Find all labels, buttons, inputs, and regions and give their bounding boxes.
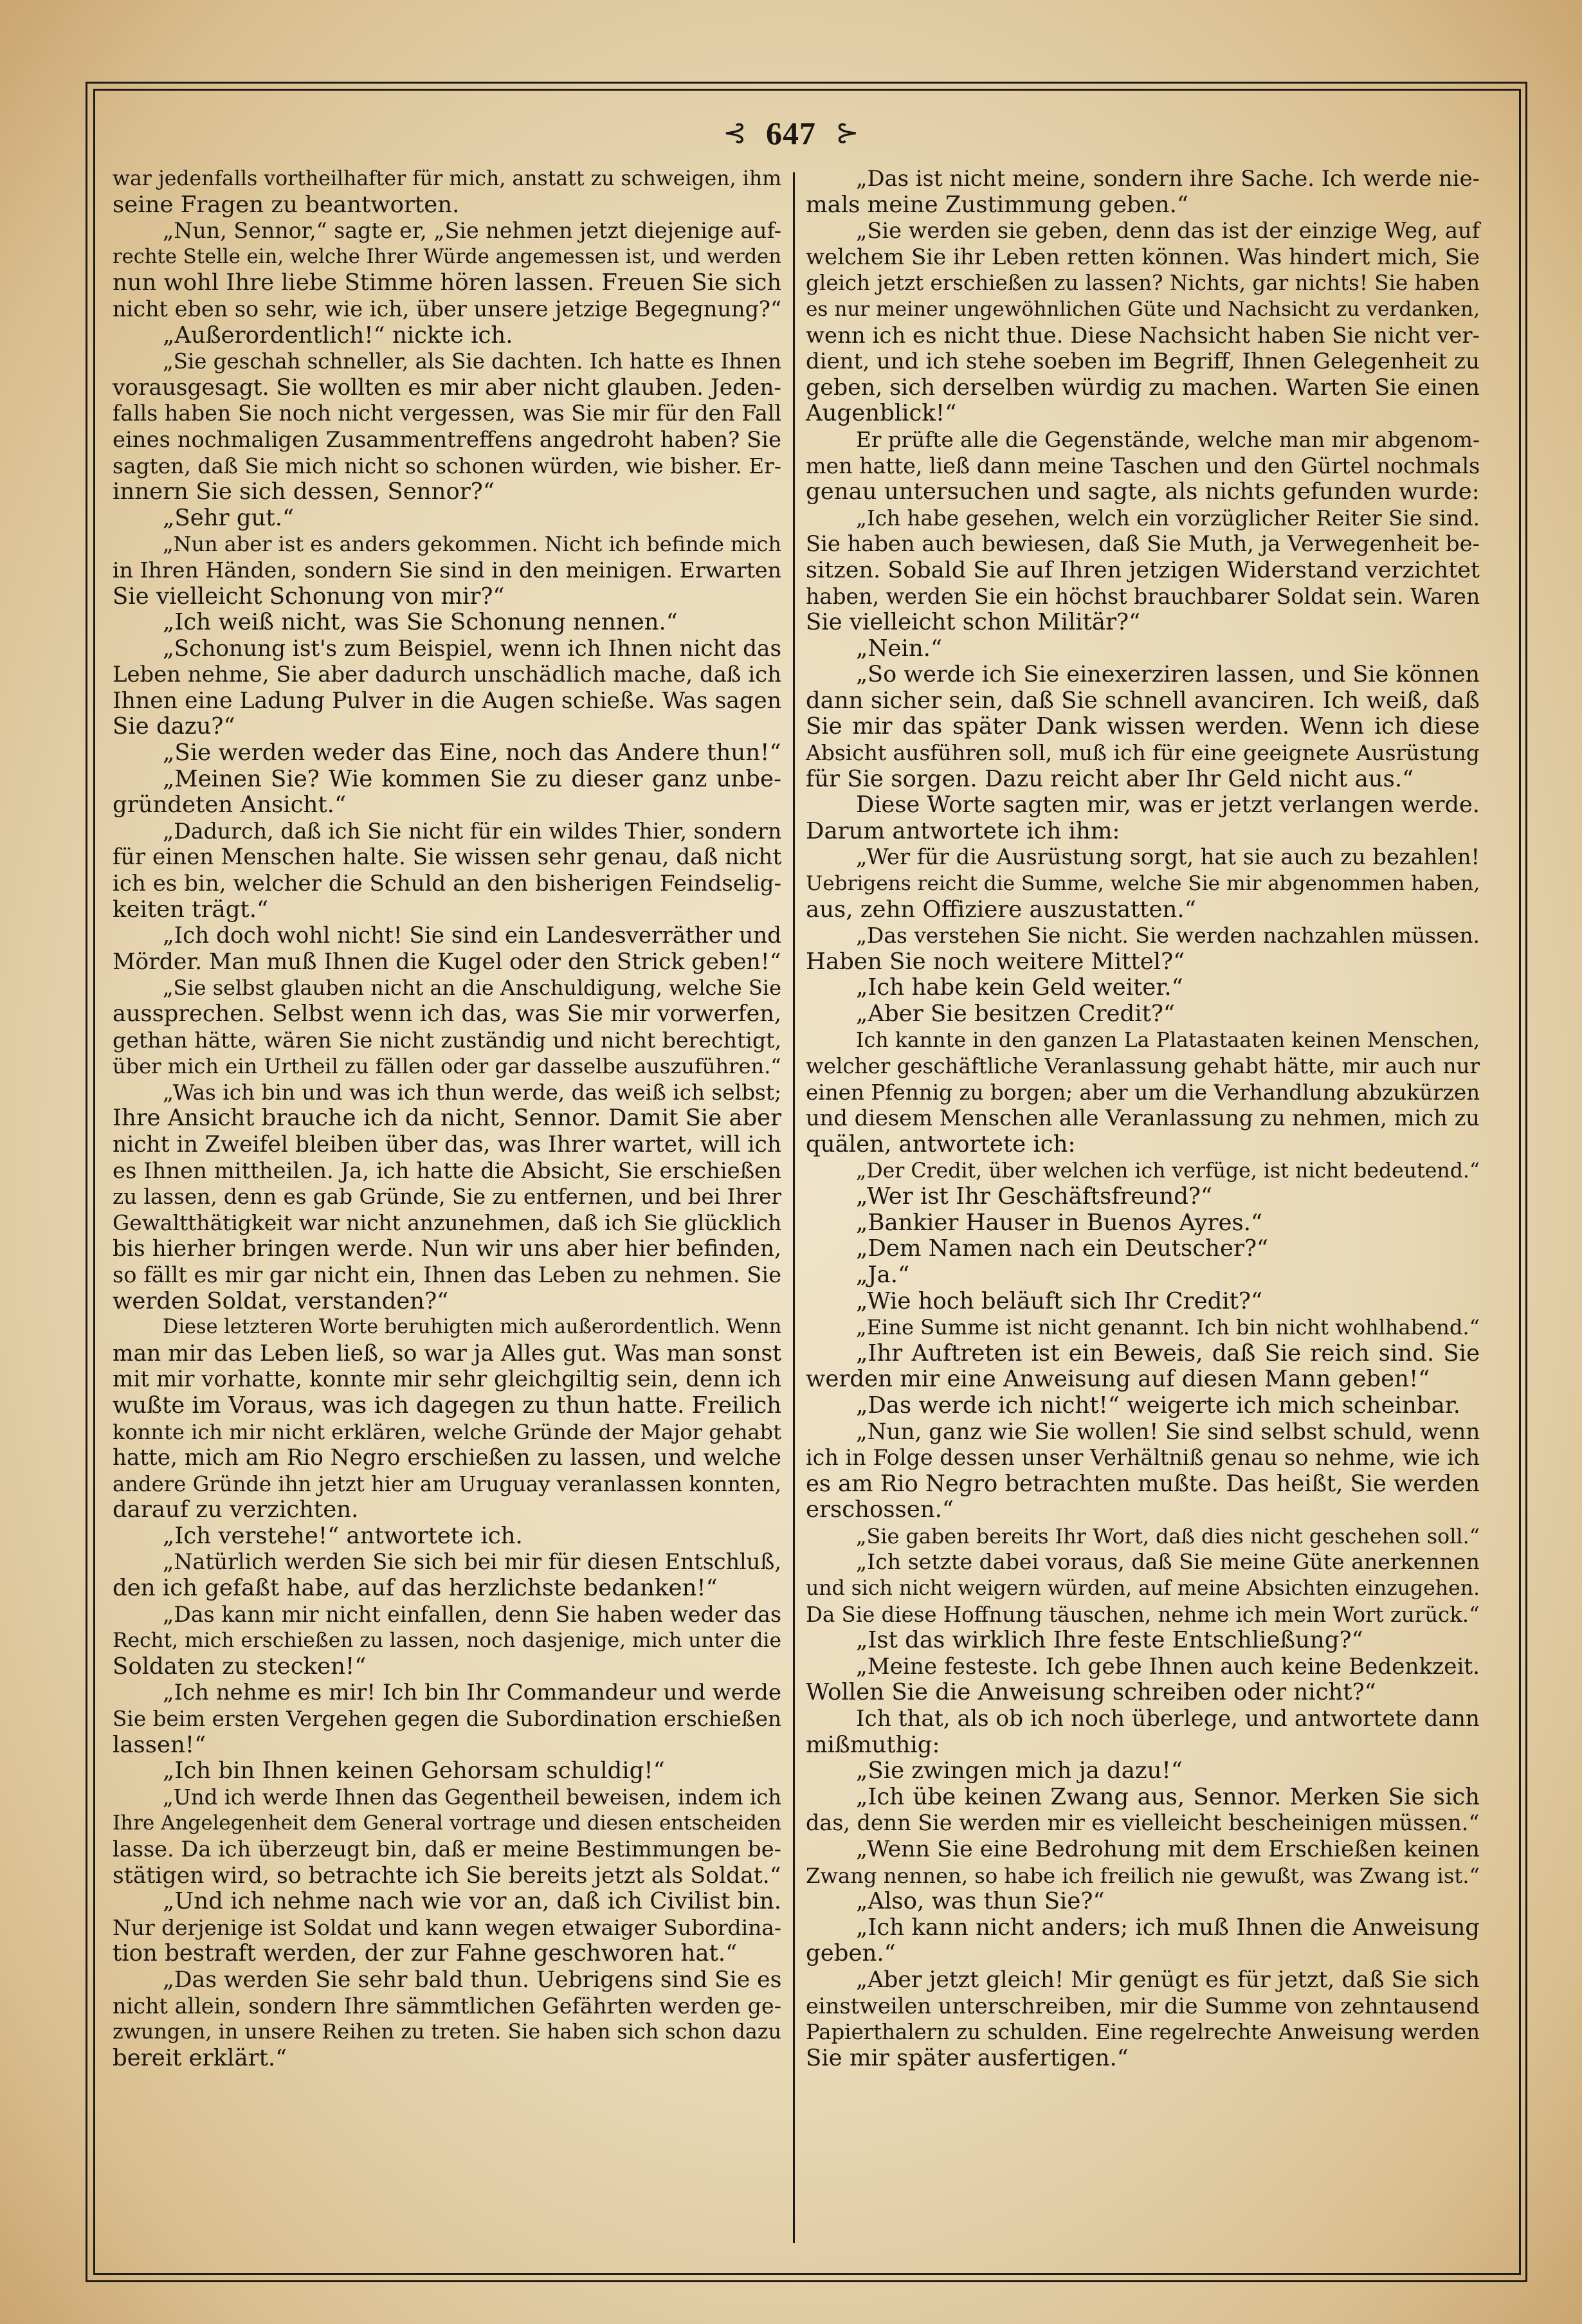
text-line: Sie vielleicht schon Militär?“ xyxy=(806,610,1480,636)
text-line: Da Sie diese Hoffnung täuschen, nehme ic… xyxy=(806,1602,1480,1628)
text-line: dient, und ich stehe soeben im Begriff, … xyxy=(806,349,1480,375)
text-line: „Sie selbst glauben nicht an die Anschul… xyxy=(113,975,781,1001)
text-line: lassen!“ xyxy=(113,1732,781,1759)
text-line: „Ich doch wohl nicht! Sie sind ein Lande… xyxy=(113,923,781,949)
text-line: nun wohl Ihre liebe Stimme hören lassen.… xyxy=(113,270,781,296)
text-line: keiten trägt.“ xyxy=(113,897,781,923)
text-line: sitzen. Sobald Sie auf Ihren jetzigen Wi… xyxy=(806,558,1480,584)
text-line: „Außerordentlich!“ nickte ich. xyxy=(113,323,781,349)
text-line: nicht allein, sondern Ihre sämmtlichen G… xyxy=(113,1993,781,2020)
page-number: 647 xyxy=(766,114,816,152)
text-line: „So werde ich Sie einexerziren lassen, u… xyxy=(806,662,1480,688)
text-line: Zwang nennen, so habe ich freilich nie g… xyxy=(806,1863,1480,1889)
text-line: Sie haben auch bewiesen, daß Sie Muth, j… xyxy=(806,531,1480,558)
text-line: es am Rio Negro betrachten mußte. Das he… xyxy=(806,1471,1480,1498)
text-line: Gewaltthätigkeit war nicht anzunehmen, d… xyxy=(113,1210,781,1237)
text-line: mals meine Zustimmung geben.“ xyxy=(806,192,1480,219)
text-line: Leben nehme, Sie aber dadurch unschädlic… xyxy=(113,662,781,688)
text-line: „Wie hoch beläuft sich Ihr Credit?“ xyxy=(806,1289,1480,1315)
text-line: Uebrigens reicht die Summe, welche Sie m… xyxy=(806,871,1480,897)
text-line: „Ich setzte dabei voraus, daß Sie meine … xyxy=(806,1549,1480,1575)
text-line: wußte im Voraus, was ich dagegen zu thun… xyxy=(113,1393,781,1419)
text-line: „Ich übe keinen Zwang aus, Sennor. Merke… xyxy=(806,1784,1480,1811)
text-line: Sie beim ersten Vergehen gegen die Subor… xyxy=(113,1706,781,1732)
text-line: Ich kannte in den ganzen La Platastaaten… xyxy=(806,1028,1480,1054)
page-header: ⊰ 647 ⊱ xyxy=(0,114,1582,152)
text-line: men hatte, ließ dann meine Taschen und d… xyxy=(806,453,1480,480)
text-line: mißmuthig: xyxy=(806,1732,1480,1759)
text-line: „Was ich bin und was ich thun werde, das… xyxy=(113,1080,781,1106)
text-line: lasse. Da ich überzeugt bin, daß er mein… xyxy=(113,1837,781,1863)
text-line: seine Fragen zu beantworten. xyxy=(113,192,781,219)
text-line: „Wer ist Ihr Geschäftsfreund?“ xyxy=(806,1184,1480,1210)
text-line: „Das ist nicht meine, sondern ihre Sache… xyxy=(806,166,1480,192)
text-line: und sich nicht weigern würden, auf meine… xyxy=(806,1575,1480,1602)
text-line: haben, werden Sie ein höchst brauchbarer… xyxy=(806,584,1480,610)
text-line: Ihre Ansicht brauche ich da nicht, Senno… xyxy=(113,1105,781,1132)
text-line: es nur meiner ungewöhnlichen Güte und Na… xyxy=(806,296,1480,323)
text-line: Ich that, als ob ich noch überlege, und … xyxy=(806,1706,1480,1732)
text-line: geben, sich derselben würdig zu machen. … xyxy=(806,375,1480,401)
text-line: eines nochmaligen Zusammentreffens anged… xyxy=(113,427,781,453)
text-line: „Der Credit, über welchen ich verfüge, i… xyxy=(806,1158,1480,1185)
text-line: erschossen.“ xyxy=(806,1497,1480,1523)
text-line: man mir das Leben ließ, so war ja Alles … xyxy=(113,1341,781,1367)
text-line: Wollen Sie die Anweisung schreiben oder … xyxy=(806,1680,1480,1706)
text-line: Darum antwortete ich ihm: xyxy=(806,819,1480,845)
text-line: „Das kann mir nicht einfallen, denn Sie … xyxy=(113,1602,781,1628)
text-line: dann sicher sein, daß Sie schnell avanci… xyxy=(806,688,1480,714)
text-line: „Nun aber ist es anders gekommen. Nicht … xyxy=(113,531,781,558)
text-line: in Ihren Händen, sondern Sie sind in den… xyxy=(113,558,781,584)
text-line: den ich gefaßt habe, auf das herzlichste… xyxy=(113,1575,781,1602)
text-line: „Ist das wirklich Ihre feste Entschließu… xyxy=(806,1628,1480,1654)
text-line: „Ich nehme es mir! Ich bin Ihr Commandeu… xyxy=(113,1680,781,1706)
text-line: Ihnen eine Ladung Pulver in die Augen sc… xyxy=(113,688,781,714)
text-line: „Wer für die Ausrüstung sorgt, hat sie a… xyxy=(806,844,1480,871)
text-line: „Und ich nehme nach wie vor an, daß ich … xyxy=(113,1889,781,1915)
text-line: „Eine Summe ist nicht genannt. Ich bin n… xyxy=(806,1314,1480,1341)
text-line: falls haben Sie noch nicht vergessen, wa… xyxy=(113,401,781,427)
text-line: Sie dazu?“ xyxy=(113,714,781,740)
text-line: Er prüfte alle die Gegenstände, welche m… xyxy=(806,427,1480,453)
text-line: bis hierher bringen werde. Nun wir uns a… xyxy=(113,1236,781,1262)
text-line: „Ich habe kein Geld weiter.“ xyxy=(806,975,1480,1001)
text-line: war jedenfalls vortheilhafter für mich, … xyxy=(113,166,781,192)
text-line: „Ich weiß nicht, was Sie Schonung nennen… xyxy=(113,610,781,636)
text-line: zu lassen, denn es gab Gründe, Sie zu en… xyxy=(113,1184,781,1210)
text-line: ich es bin, welcher die Schuld an den bi… xyxy=(113,871,781,897)
text-line: „Das verstehen Sie nicht. Sie werden nac… xyxy=(806,923,1480,949)
text-line: Ihre Angelegenheit dem General vortrage … xyxy=(113,1810,781,1837)
text-line: nicht eben so sehr, wie ich, über unsere… xyxy=(113,296,781,323)
text-line: gethan hätte, wären Sie nicht zuständig … xyxy=(113,1028,781,1054)
text-line: „Und ich werde Ihnen das Gegentheil bewe… xyxy=(113,1784,781,1811)
text-line: welchem Sie ihr Leben retten können. Was… xyxy=(806,244,1480,271)
text-line: vorausgesagt. Sie wollten es mir aber ni… xyxy=(113,375,781,401)
text-line: aus, zehn Offiziere auszustatten.“ xyxy=(806,897,1480,923)
text-line: für Sie sorgen. Dazu reicht aber Ihr Gel… xyxy=(806,767,1480,793)
text-line: „Das werden Sie sehr bald thun. Uebrigen… xyxy=(113,1967,781,1993)
text-line: mit mir vorhatte, konnte mir sehr gleich… xyxy=(113,1366,781,1393)
ornament-left-icon: ⊰ xyxy=(723,119,747,147)
text-line: Diese Worte sagten mir, was er jetzt ver… xyxy=(806,792,1480,819)
text-line: hatte, mich am Rio Negro erschießen zu l… xyxy=(113,1445,781,1471)
text-line: konnte ich mir nicht erklären, welche Gr… xyxy=(113,1419,781,1446)
text-line: für einen Menschen halte. Sie wissen seh… xyxy=(113,844,781,871)
text-line: Sie mir später ausfertigen.“ xyxy=(806,2046,1480,2072)
text-line: innern Sie sich dessen, Sennor?“ xyxy=(113,479,781,505)
text-line: Nur derjenige ist Soldat und kann wegen … xyxy=(113,1915,781,1941)
text-line: „Das werde ich nicht!“ weigerte ich mich… xyxy=(806,1393,1480,1419)
text-line: Sie mir das später Dank wissen werden. W… xyxy=(806,714,1480,740)
text-line: „Dem Namen nach ein Deutscher?“ xyxy=(806,1236,1480,1262)
text-line: „Ich kann nicht anders; ich muß Ihnen di… xyxy=(806,1915,1480,1941)
text-line: Recht, mich erschießen zu lassen, noch d… xyxy=(113,1628,781,1654)
text-line: nicht in Zweifel bleiben über das, was I… xyxy=(113,1132,781,1158)
text-line: Absicht ausführen soll, muß ich für eine… xyxy=(806,740,1480,767)
text-line: „Wenn Sie eine Bedrohung mit dem Erschie… xyxy=(806,1837,1480,1863)
text-line: stätigen wird, so betrachte ich Sie bere… xyxy=(113,1863,781,1889)
text-line: sagten, daß Sie mich nicht so schonen wü… xyxy=(113,453,781,480)
text-line: Soldaten zu stecken!“ xyxy=(113,1654,781,1680)
text-line: „Sie werden weder das Eine, noch das And… xyxy=(113,740,781,767)
text-line: „Schonung ist's zum Beispiel, wenn ich I… xyxy=(113,636,781,662)
text-line: quälen, antwortete ich: xyxy=(806,1132,1480,1158)
text-line: einstweilen unterschreiben, mir die Summ… xyxy=(806,1993,1480,2020)
text-line: „Ich verstehe!“ antwortete ich. xyxy=(113,1523,781,1550)
text-line: und diesem Menschen alle Veranlassung zu… xyxy=(806,1105,1480,1132)
text-line: Mörder. Man muß Ihnen die Kugel oder den… xyxy=(113,949,781,976)
text-line: tion bestraft werden, der zur Fahne gesc… xyxy=(113,1941,781,1967)
text-line: „Nun, ganz wie Sie wollen! Sie sind selb… xyxy=(806,1419,1480,1446)
text-line: werden mir eine Anweisung auf diesen Man… xyxy=(806,1366,1480,1393)
text-line: aussprechen. Selbst wenn ich das, was Si… xyxy=(113,1001,781,1028)
text-line: „Sie gaben bereits Ihr Wort, daß dies ni… xyxy=(806,1523,1480,1550)
text-line: „Ihr Auftreten ist ein Beweis, daß Sie r… xyxy=(806,1341,1480,1367)
text-line: „Bankier Hauser in Buenos Ayres.“ xyxy=(806,1210,1480,1237)
text-line: gründeten Ansicht.“ xyxy=(113,792,781,819)
text-line: „Ich bin Ihnen keinen Gehorsam schuldig!… xyxy=(113,1758,781,1784)
text-line: über mich ein Urtheil zu fällen oder gar… xyxy=(113,1053,781,1080)
text-line: rechte Stelle ein, welche Ihrer Würde an… xyxy=(113,244,781,271)
text-line: welcher geschäftliche Veranlassung gehab… xyxy=(806,1053,1480,1080)
text-line: geben.“ xyxy=(806,1941,1480,1967)
text-line: „Nein.“ xyxy=(806,636,1480,662)
text-line: es Ihnen mittheilen. Ja, ich hatte die A… xyxy=(113,1158,781,1185)
text-line: „Natürlich werden Sie sich bei mir für d… xyxy=(113,1549,781,1575)
text-line: werden Soldat, verstanden?“ xyxy=(113,1289,781,1315)
text-line: einen Pfennig zu borgen; aber um die Ver… xyxy=(806,1080,1480,1106)
text-line: „Sehr gut.“ xyxy=(113,505,781,532)
ornament-right-icon: ⊱ xyxy=(835,119,859,147)
text-line: „Sie zwingen mich ja dazu!“ xyxy=(806,1758,1480,1784)
text-line: „Ich habe gesehen, welch ein vorzügliche… xyxy=(806,505,1480,532)
left-column-text: war jedenfalls vortheilhafter für mich, … xyxy=(113,166,781,2071)
text-line: „Meine festeste. Ich gebe Ihnen auch kei… xyxy=(806,1654,1480,1680)
text-line: das, denn Sie werden mir es vielleicht b… xyxy=(806,1810,1480,1837)
text-line: „Aber Sie besitzen Credit?“ xyxy=(806,1001,1480,1028)
text-line: „Nun, Sennor,“ sagte er, „Sie nehmen jet… xyxy=(113,218,781,244)
text-line: bereit erklärt.“ xyxy=(113,2046,781,2072)
text-line: Papierthalern zu schulden. Eine regelrec… xyxy=(806,2019,1480,2046)
text-line: „Also, was thun Sie?“ xyxy=(806,1889,1480,1915)
text-line: ich in Folge dessen unser Verhältniß gen… xyxy=(806,1445,1480,1471)
text-line: „Sie werden sie geben, denn das ist der … xyxy=(806,218,1480,244)
text-line: zwungen, in unsere Reihen zu treten. Sie… xyxy=(113,2019,781,2046)
column-divider xyxy=(793,172,795,2243)
text-line: darauf zu verzichten. xyxy=(113,1497,781,1523)
text-line: andere Gründe ihn jetzt hier am Uruguay … xyxy=(113,1471,781,1498)
text-line: Augenblick!“ xyxy=(806,401,1480,427)
text-line: Haben Sie noch weitere Mittel?“ xyxy=(806,949,1480,976)
text-line: Sie vielleicht Schonung von mir?“ xyxy=(113,584,781,610)
text-line: so fällt es mir gar nicht ein, Ihnen das… xyxy=(113,1262,781,1289)
text-line: wenn ich es nicht thue. Diese Nachsicht … xyxy=(806,323,1480,349)
text-line: „Ja.“ xyxy=(806,1262,1480,1289)
right-column-text: „Das ist nicht meine, sondern ihre Sache… xyxy=(806,166,1480,2071)
text-line: Diese letzteren Worte beruhigten mich au… xyxy=(113,1314,781,1341)
text-line: genau untersuchen und sagte, als nichts … xyxy=(806,479,1480,505)
text-line: gleich jetzt erschießen zu lassen? Nicht… xyxy=(806,270,1480,296)
text-line: „Dadurch, daß ich Sie nicht für ein wild… xyxy=(113,819,781,845)
text-line: „Meinen Sie? Wie kommen Sie zu dieser ga… xyxy=(113,767,781,793)
text-line: „Aber jetzt gleich! Mir genügt es für je… xyxy=(806,1967,1480,1993)
text-line: „Sie geschah schneller, als Sie dachten.… xyxy=(113,349,781,375)
